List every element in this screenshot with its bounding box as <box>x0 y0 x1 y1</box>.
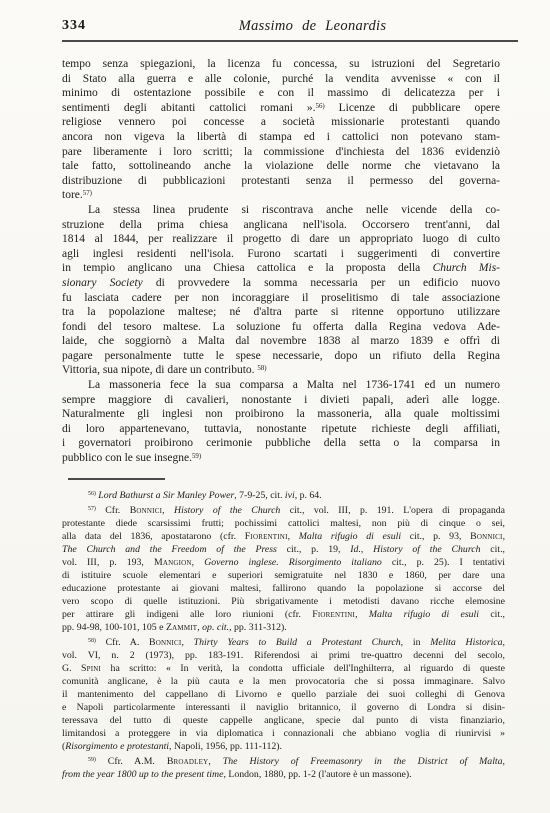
footnote-marker: 56) <box>316 103 325 110</box>
body-line: 1814 al 1844, per realizzare il progetto… <box>62 232 500 247</box>
smallcaps-name: Bonnici <box>130 505 162 516</box>
text-run: Licenze di pubblicare opere <box>325 102 500 114</box>
smallcaps-name: Bonnici <box>470 531 502 542</box>
footnote-line: educazione protestante ai giovani maltes… <box>62 582 505 595</box>
paragraph: La stessa linea prudente si riscontrava … <box>62 203 500 378</box>
text-run: pubblico con le sue insegne. <box>62 452 192 464</box>
footnote-line: e Napoli particolarmente interessanti il… <box>62 701 505 714</box>
footnote-line: 59) Cfr. A.M. Broadley, The History of F… <box>62 755 505 768</box>
text-run: struzione della prima chiesa anglicana n… <box>62 219 500 231</box>
body-line: ancora non vigeva la libertà di stampa e… <box>62 130 500 145</box>
footnote-line: 57) Cfr. Bonnici, History of the Church … <box>62 504 505 517</box>
text-run: , pp. 311-312). <box>229 622 287 633</box>
text-run: cit., p. 25). I tentativi <box>382 557 505 568</box>
text-run: tore. <box>62 189 83 201</box>
text-run: tempo senza spiegazioni, la licenza fu c… <box>62 58 500 70</box>
smallcaps-name: Fiorentini <box>245 531 288 542</box>
footnote-line: alla data del 1836, apostatarono (cfr. F… <box>62 530 505 543</box>
italic-text: Thirty Years to Build a Protestant Churc… <box>194 637 401 648</box>
text-run: vero scopo di quelle istituzioni. Più sb… <box>62 596 505 607</box>
footnote-marker: 58) <box>257 365 266 372</box>
text-run: , London, 1880, pp. 1-2 (l'autore è un m… <box>223 769 411 780</box>
text-run: Cfr. A.M. <box>96 756 167 767</box>
text-run: 1814 al 1844, per realizzare il progetto… <box>62 233 500 245</box>
text-run: cit., <box>479 609 505 620</box>
page-number: 334 <box>62 18 86 34</box>
body-line: pagare personalmente tutte le spese nece… <box>62 349 500 364</box>
italic-text: Church Mis- <box>433 262 500 274</box>
text-run: cit., p. 19, <box>277 544 350 555</box>
text-run: , <box>162 505 174 516</box>
text-run: Vittoria, sua nipote, di dare un contrib… <box>62 364 257 376</box>
text-run: di loro appartenevano, tuttavia, nonosta… <box>62 423 500 435</box>
body-line: religiose vennero poi concesse a società… <box>62 115 500 130</box>
text-run: , <box>181 637 193 648</box>
text-run: minimo di ostentazione possibile e con i… <box>62 87 500 99</box>
text-run: , p. 64. <box>295 490 322 501</box>
text-run: vol. VI, n. 2 (1973), pp. 183-191. Rifer… <box>62 650 505 661</box>
footnote-line: from the year 1800 up to the present tim… <box>62 768 505 781</box>
text-run: pagare personalmente tutte le spese nece… <box>62 350 500 362</box>
text-run: educazione protestante ai giovani maltes… <box>62 583 505 594</box>
footnote-line: teressava del tutto di queste cappelle a… <box>62 714 505 727</box>
text-run: , <box>355 609 369 620</box>
body-line: tra la popolazione maltese; né d'altra p… <box>62 305 500 320</box>
text-run: distribuzione di pubblicazioni protestan… <box>62 175 500 187</box>
text-run: i governatori proibirono cerimonie pubbl… <box>62 437 500 449</box>
text-run: alla data del 1836, apostatarono (cfr. <box>62 531 245 542</box>
text-run: , 7-9-25, cit. <box>234 490 285 501</box>
text-run: La stessa linea prudente si riscontrava … <box>88 204 500 216</box>
footnote-line: The Church and the Freedom of the Press … <box>62 543 505 556</box>
text-run: pare liberamente i loro scritti; la comm… <box>62 146 500 158</box>
body-line: di Stato alla guerra e alle colonie, pur… <box>62 72 500 87</box>
body-line: fondi del tesoro maltese. La soluzione f… <box>62 320 500 335</box>
text-run: per attirare gli indigeni alle loro riun… <box>62 609 312 620</box>
italic-text: Malta rifugio di esuli <box>369 609 479 620</box>
italic-text: Malta rifugio di esuli <box>299 531 401 542</box>
body-line: Vittoria, sua nipote, di dare un contrib… <box>62 363 500 378</box>
footnote-line: vol. VI, n. 2 (1973), pp. 183-191. Rifer… <box>62 649 505 662</box>
text-run: , <box>361 544 373 555</box>
body-line: minimo di ostentazione possibile e con i… <box>62 86 500 101</box>
italic-text: Risorgimento e protestanti <box>65 741 169 752</box>
text-run: limitandosi a proteggere in via diplomat… <box>62 728 505 739</box>
italic-text: The History of Freemasonry in the Distri… <box>223 756 505 767</box>
text-run: , in <box>401 637 431 648</box>
body-line: struzione della prima chiesa anglicana n… <box>62 218 500 233</box>
text-run: di Stato alla guerra e alle colonie, pur… <box>62 73 500 85</box>
text-run: tale fatto, sottolineando anche la viola… <box>62 160 500 172</box>
text-run: cit., vol. III, p. 191. L'opera di propa… <box>280 505 505 516</box>
body-line: sempre maggiore di cavalieri, nonostante… <box>62 393 500 408</box>
body-line: La stessa linea prudente si riscontrava … <box>62 203 500 218</box>
text-run: Naturalmente gli inglesi non proibirono … <box>62 408 500 420</box>
footnote-line: protestante diede scarsissimi frutti; po… <box>62 517 505 530</box>
italic-text: ivi <box>285 490 295 501</box>
running-header-title: Massimo de Leonardis <box>205 18 420 35</box>
text-run: tra la popolazione maltese; né d'altra p… <box>62 306 500 318</box>
text-run: , <box>192 557 205 568</box>
italic-text: Melita Historica <box>430 637 502 648</box>
text-run: La massoneria fece la sua comparsa a Mal… <box>88 379 500 391</box>
body-line: Naturalmente gli inglesi non proibirono … <box>62 407 500 422</box>
footnote: 56) Lord Bathurst a Sir Manley Power, 7-… <box>62 489 505 502</box>
body-line: i governatori proibirono cerimonie pubbl… <box>62 436 500 451</box>
footnote-line: (Risorgimento e protestanti, Napoli, 195… <box>62 740 505 753</box>
body-line: pare liberamente i loro scritti; la comm… <box>62 145 500 160</box>
body-line: tale fatto, sottolineando anche la viola… <box>62 159 500 174</box>
footnote-marker: 56) <box>88 491 96 497</box>
body-text: tempo senza spiegazioni, la licenza fu c… <box>62 57 500 466</box>
text-run: , <box>503 531 505 542</box>
text-run: e Napoli particolarmente interessanti il… <box>62 702 505 713</box>
footnote-marker: 57) <box>83 190 92 197</box>
text-run: G. <box>62 663 81 674</box>
smallcaps-name: Fiorentini <box>312 609 355 620</box>
text-run: cit., p. 93, <box>401 531 470 542</box>
body-line: pubblico con le sue insegne.59) <box>62 451 500 466</box>
footnote-line: comunità anglicane, è la più cauta e la … <box>62 675 505 688</box>
footnote: 58) Cfr. A. Bonnici, Thirty Years to Bui… <box>62 636 505 753</box>
text-run: pp. 94-98, 100-101, 105 e <box>62 622 166 633</box>
footnote: 57) Cfr. Bonnici, History of the Church … <box>62 504 505 634</box>
text-run: , <box>503 637 505 648</box>
footnote-line: vol. III, p. 193, Mangion, Governo ingle… <box>62 556 505 569</box>
italic-text: History of the Church <box>373 544 480 555</box>
text-run: Cfr. <box>96 505 130 516</box>
header-rule <box>62 40 518 42</box>
text-run: sempre maggiore di cavalieri, nonostante… <box>62 394 500 406</box>
text-run: agli inglesi residenti nell'isola. Furon… <box>62 248 500 260</box>
footnote-line: per attirare gli indigeni alle loro riun… <box>62 608 505 621</box>
text-run: cit., <box>481 544 505 555</box>
text-run: protestante diede scarsissimi frutti; po… <box>62 518 505 529</box>
body-line: tore.57) <box>62 188 500 203</box>
scanned-book-page: 334 Massimo de Leonardis tempo senza spi… <box>0 0 550 813</box>
footnote-marker: 57) <box>88 506 96 512</box>
text-run: in tempio anglicano una Chiesa cattolica… <box>62 262 433 274</box>
italic-text: sionary Society <box>62 277 143 289</box>
body-line: tempo senza spiegazioni, la licenza fu c… <box>62 57 500 72</box>
text-run: , <box>288 531 299 542</box>
text-run: Cfr. A. <box>96 637 149 648</box>
text-run: di provvedere la somma necessaria per un… <box>143 277 500 289</box>
smallcaps-name: Spini <box>81 663 101 674</box>
body-line: agli inglesi residenti nell'isola. Furon… <box>62 247 500 262</box>
italic-text: op. cit. <box>202 622 229 633</box>
text-run: religiose vennero poi concesse a società… <box>62 116 500 128</box>
smallcaps-name: Zammit <box>166 622 197 633</box>
text-run: teressava del tutto di queste cappelle a… <box>62 715 505 726</box>
italic-text: History of the Church <box>174 505 280 516</box>
footnote-line: di istituire scuole elementari e superio… <box>62 569 505 582</box>
text-run: sentimenti degli abitanti cattolici roma… <box>62 102 316 114</box>
footnote-line: 56) Lord Bathurst a Sir Manley Power, 7-… <box>62 489 505 502</box>
text-run: , <box>208 756 222 767</box>
text-run: ha scritto: « In verità, la condotta uff… <box>101 663 505 674</box>
text-run: , Napoli, 1956, pp. 111-112). <box>169 741 282 752</box>
smallcaps-name: Bonnici <box>149 637 181 648</box>
footnotes-section: 56) Lord Bathurst a Sir Manley Power, 7-… <box>62 489 505 781</box>
body-line: sentimenti degli abitanti cattolici roma… <box>62 101 500 116</box>
italic-text: from the year 1800 up to the present tim… <box>62 769 223 780</box>
text-run: ancora non vigeva la libertà di stampa e… <box>62 131 500 143</box>
smallcaps-name: Broadley <box>167 756 209 767</box>
footnote-marker: 58) <box>88 638 96 644</box>
paragraph: tempo senza spiegazioni, la licenza fu c… <box>62 57 500 203</box>
footnote-line: vero scopo di quelle istituzioni. Più sb… <box>62 595 505 608</box>
footnote-line: il mantenimento del cappellano di Livorn… <box>62 688 505 701</box>
footnote-marker: 59) <box>192 453 201 460</box>
italic-text: Id. <box>350 544 361 555</box>
footnote-separator-rule <box>68 478 165 480</box>
text-run: fondi del tesoro maltese. La soluzione f… <box>62 321 500 333</box>
body-line: di loro appartenevano, tuttavia, nonosta… <box>62 422 500 437</box>
body-line: distribuzione di pubblicazioni protestan… <box>62 174 500 189</box>
text-run: fu lasciata cadere per non incoraggiare … <box>62 292 500 304</box>
footnote-marker: 59) <box>88 757 96 763</box>
body-line: sionary Society di provvedere la somma n… <box>62 276 500 291</box>
body-line: La massoneria fece la sua comparsa a Mal… <box>62 378 500 393</box>
body-line: laide, che soggiornò a Malta dal novembr… <box>62 334 500 349</box>
smallcaps-name: Mangion <box>154 557 192 568</box>
footnote-line: limitandosi a proteggere in via diplomat… <box>62 727 505 740</box>
footnote: 59) Cfr. A.M. Broadley, The History of F… <box>62 755 505 781</box>
italic-text: The Church and the Freedom of the Press <box>62 544 277 555</box>
italic-text: Governo inglese. Risorgimento italiano <box>204 557 382 568</box>
italic-text: Lord Bathurst a Sir Manley Power <box>98 490 234 501</box>
text-run: laide, che soggiornò a Malta dal novembr… <box>62 335 500 347</box>
text-run: vol. III, p. 193, <box>62 557 154 568</box>
footnote-line: pp. 94-98, 100-101, 105 e Zammit, op. ci… <box>62 621 505 634</box>
footnote-line: 58) Cfr. A. Bonnici, Thirty Years to Bui… <box>62 636 505 649</box>
body-line: in tempio anglicano una Chiesa cattolica… <box>62 261 500 276</box>
body-line: fu lasciata cadere per non incoraggiare … <box>62 291 500 306</box>
footnote-line: G. Spini ha scritto: « In verità, la con… <box>62 662 505 675</box>
text-run: di istituire scuole elementari e superio… <box>62 570 505 581</box>
paragraph: La massoneria fece la sua comparsa a Mal… <box>62 378 500 466</box>
text-run: comunità anglicane, è la più cauta e la … <box>62 676 505 687</box>
text-run: il mantenimento del cappellano di Livorn… <box>62 689 505 700</box>
